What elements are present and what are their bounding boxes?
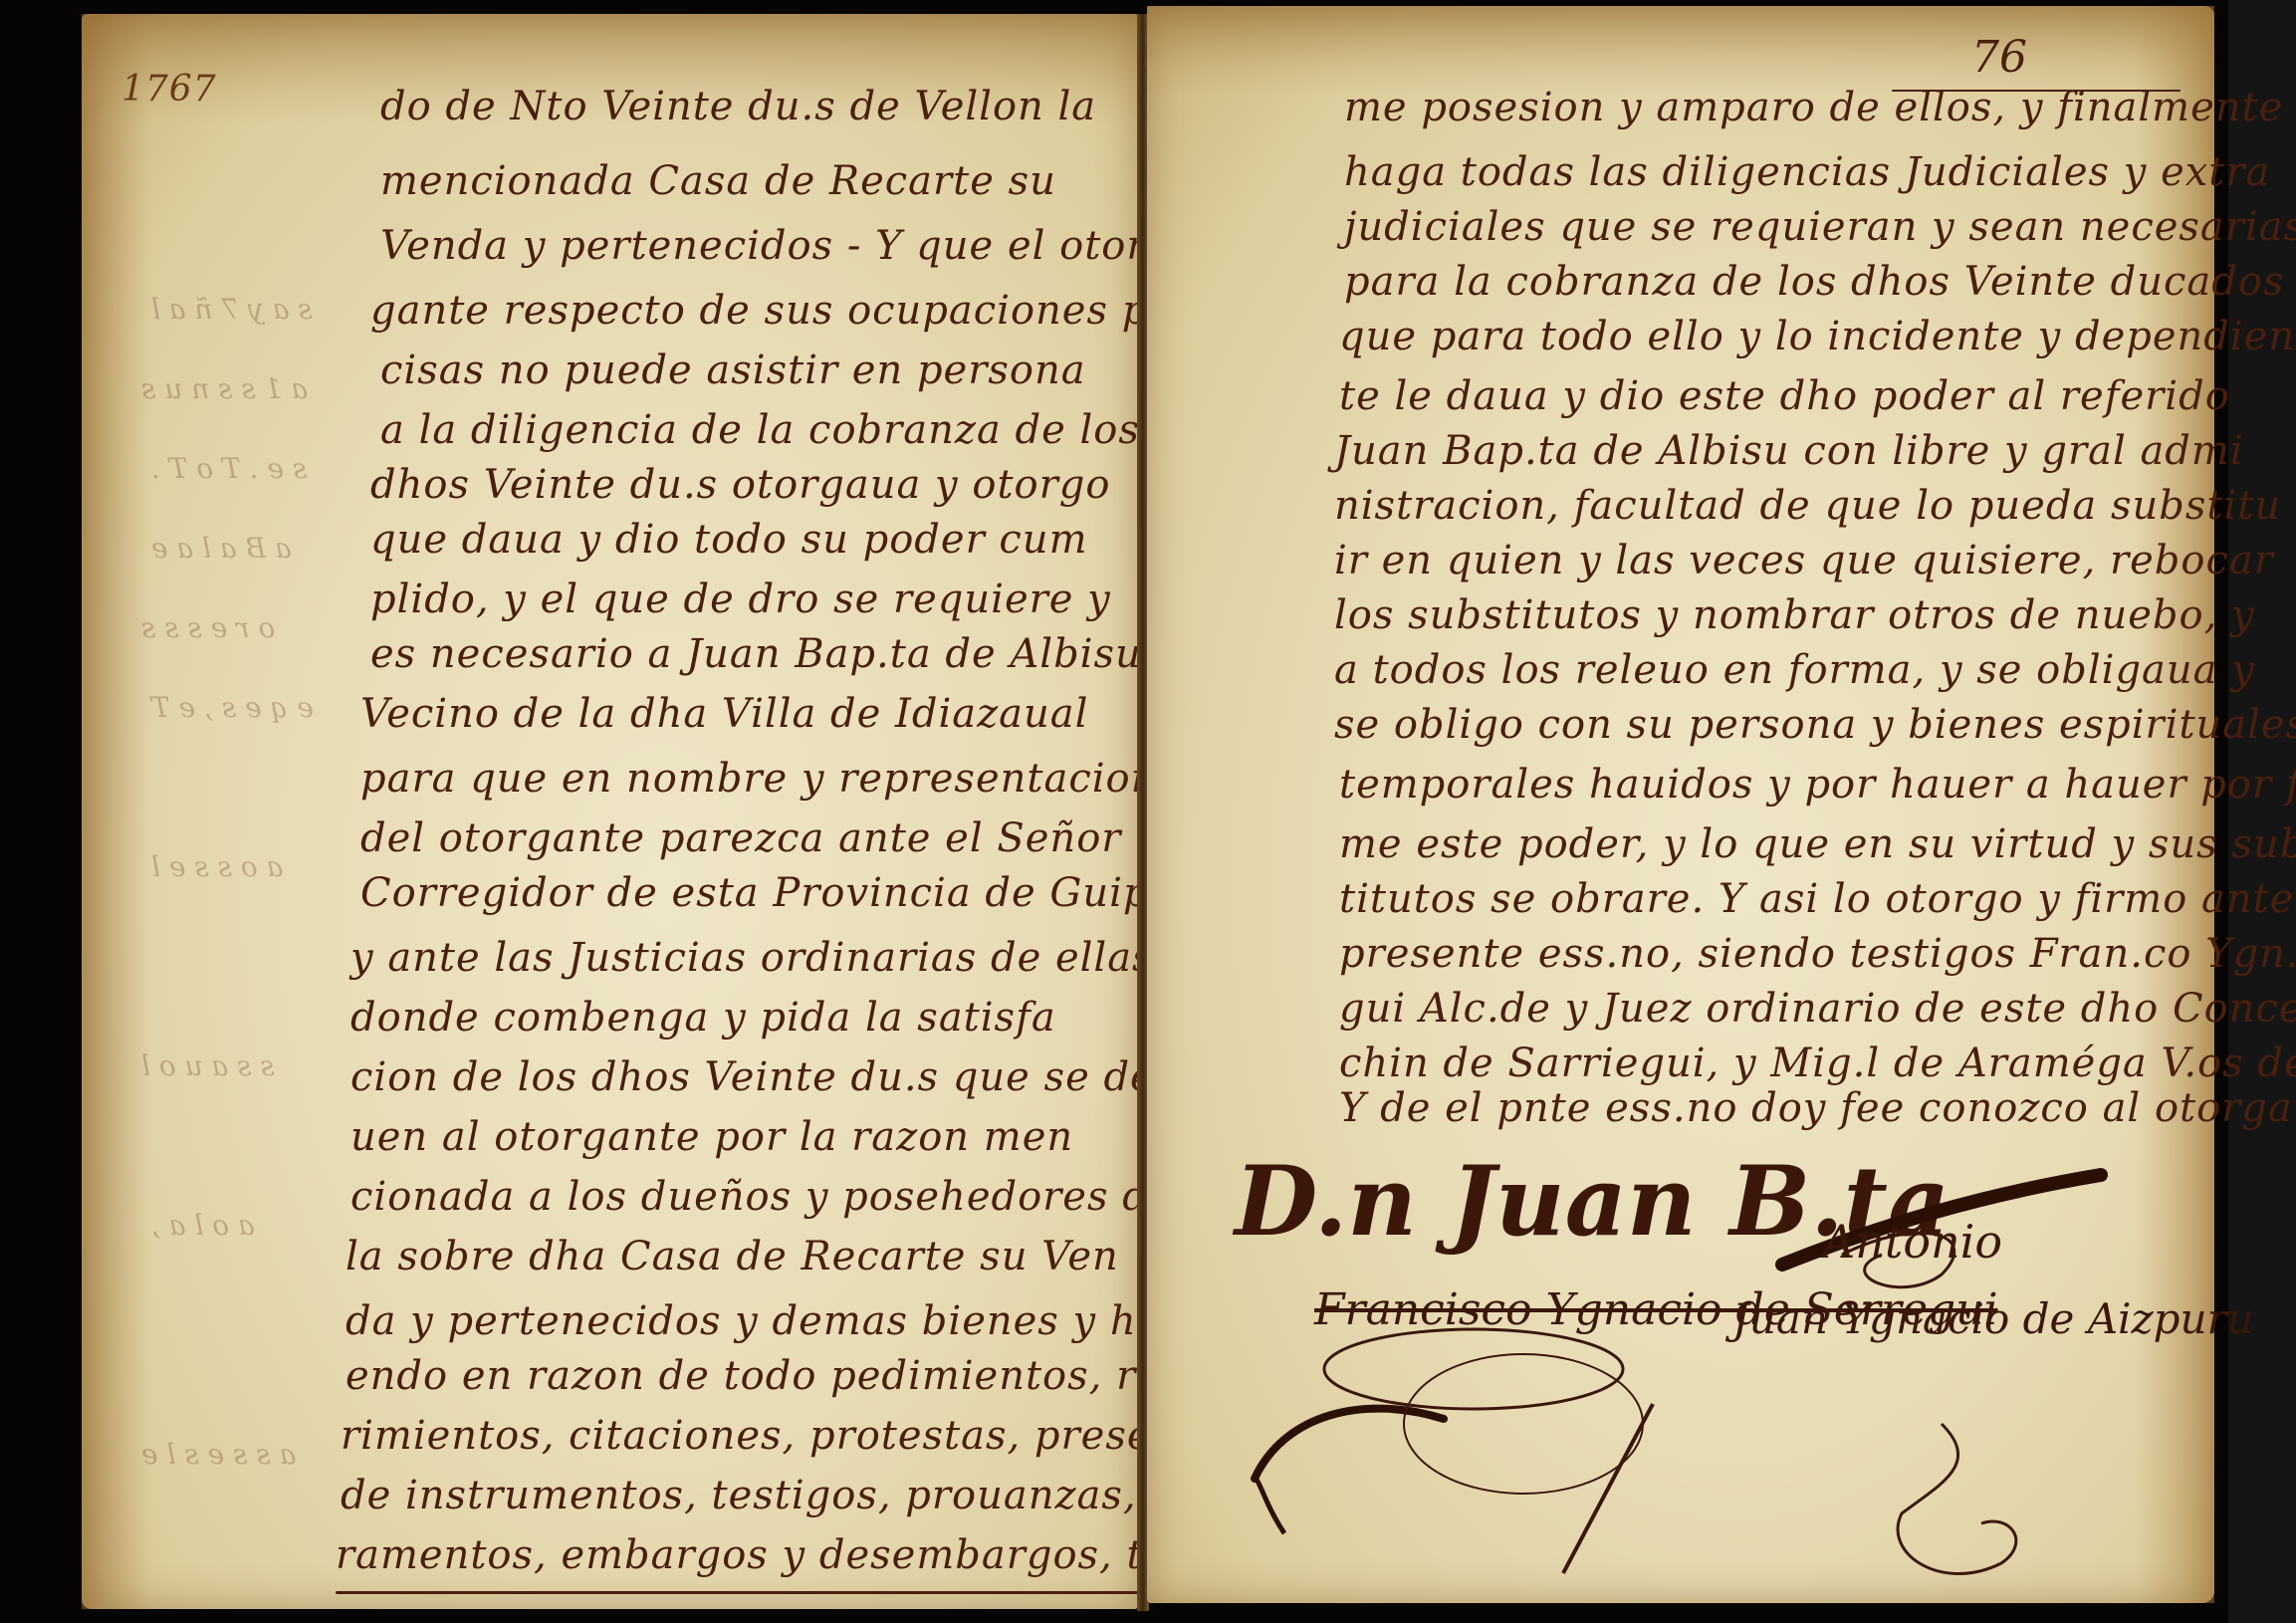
bleed-through-text: a o l a , xyxy=(151,1209,255,1242)
text-line: da y pertenecidos y demas bienes y haci xyxy=(345,1298,1199,1344)
text-line: chin de Sarriegui, y Mig.l de Araméga V.… xyxy=(1339,1041,2296,1086)
text-line: Venda y pertenecidos - Y que el otor xyxy=(380,223,1146,269)
bleed-through-text: a s s e s l e xyxy=(141,1438,296,1471)
text-line: Juan Bap.ta de Albisu con libre y gral a… xyxy=(1334,428,2244,474)
text-line: y ante las Justicias ordinarias de ellas xyxy=(350,935,1154,981)
text-line: que para todo ello y lo incidente y depe… xyxy=(1339,314,2295,359)
text-line: nistracion, facultad de que lo pueda sub… xyxy=(1334,483,2281,529)
text-line: temporales hauidos y por hauer a hauer p… xyxy=(1339,762,2296,808)
text-line: Corregidor de esta Provincia de Guip.zoa xyxy=(360,870,1235,916)
text-line: Vecino de la dha Villa de Idiazaual xyxy=(360,691,1088,737)
text-line: de instrumentos, testigos, prouanzas, Ju xyxy=(341,1473,1194,1518)
text-line: presente ess.no, siendo testigos Fran.co… xyxy=(1339,931,2296,977)
bleed-through-text: o r e s s s xyxy=(141,611,275,644)
folio-number: 76 xyxy=(1971,32,2027,83)
edge-stain xyxy=(82,14,151,1609)
closing-rule xyxy=(336,1591,1142,1594)
bleed-through-text: a B a l a e xyxy=(151,532,292,565)
bleed-through-text: a o s s e l xyxy=(151,850,283,883)
text-line: plido, y el que de dro se requiere y xyxy=(370,577,1111,622)
text-line: haga todas las diligencias Judiciales y … xyxy=(1344,149,2270,195)
signature-flourish xyxy=(1245,1135,2141,1593)
text-line: cisas no puede asistir en persona xyxy=(380,348,1086,393)
text-line: Y de el pnte ess.no doy fee conozco al o… xyxy=(1339,1085,2296,1131)
text-line: judiciales que se requieran y sean neces… xyxy=(1344,204,2296,250)
text-line: cionada a los dueños y posehedores de xyxy=(350,1174,1174,1220)
text-line: para que en nombre y representacion xyxy=(360,756,1157,802)
text-line: donde combenga y pida la satisfa xyxy=(350,995,1056,1041)
signature-notary: Juan Ygnacio de Aizpuru xyxy=(1732,1294,2254,1343)
bleed-through-text: s a y 7 ñ a l xyxy=(151,293,313,326)
text-line: me este poder, y lo que en su virtud y s… xyxy=(1339,821,2296,867)
text-line: mencionada Casa de Recarte su xyxy=(380,158,1056,204)
text-line: del otorgante parezca ante el Señor xyxy=(360,815,1121,861)
text-line: me posesion y amparo de ellos, y finalme… xyxy=(1344,85,2283,130)
text-line: a la diligencia de la cobranza de los xyxy=(380,407,1140,453)
text-line: te le daua y dio este dho poder al refer… xyxy=(1339,373,2230,419)
water-stain xyxy=(1147,6,2214,96)
text-line: para la cobranza de los dhos Veinte duca… xyxy=(1344,259,2284,305)
text-line: dhos Veinte du.s otorgaua y otorgo xyxy=(370,462,1110,508)
left-page: s a y 7 ñ a l a 1 s s n u s s e . T o T … xyxy=(82,14,1137,1609)
text-line: se obligo con su persona y bienes espiri… xyxy=(1334,702,2296,748)
bleed-through-text: s s a u o l xyxy=(141,1049,275,1082)
text-line: cion de los dhos Veinte du.s que se de xyxy=(350,1054,1155,1100)
text-line: do de Nto Veinte du.s de Vellon la xyxy=(380,84,1096,129)
text-line: ramentos, embargos y desembargos, to xyxy=(336,1532,1169,1578)
text-line: la sobre dha Casa de Recarte su Ven xyxy=(345,1234,1119,1279)
signature-witness-2: Antonio xyxy=(1822,1215,2002,1269)
text-line: uen al otorgante por la razon men xyxy=(350,1114,1073,1160)
text-line: a todos los releuo en forma, y se obliga… xyxy=(1334,647,2255,693)
margin-date: 1767 xyxy=(121,69,217,110)
text-line: los substitutos y nombrar otros de nuebo… xyxy=(1334,592,2255,638)
bleed-through-text: a 1 s s n u s xyxy=(141,372,308,405)
bleed-through-text: e q e s , e T xyxy=(151,691,314,724)
text-line: rimientos, citaciones, protestas, presen… xyxy=(341,1413,1242,1459)
text-line: es necesario a Juan Bap.ta de Albisu xyxy=(370,631,1142,677)
text-line: gante respecto de sus ocupaciones pre xyxy=(370,288,1193,334)
text-line: titutos se obrare. Y asi lo otorgo y fir… xyxy=(1339,876,2296,922)
text-line: que daua y dio todo su poder cum xyxy=(370,517,1088,563)
text-line: endo en razon de todo pedimientos, reque xyxy=(345,1353,1239,1399)
bleed-through-text: s e . T o T . xyxy=(151,452,307,485)
text-line: gui Alc.de y Juez ordinario de este dho … xyxy=(1339,986,2296,1032)
text-line: ir en quien y las veces que quisiere, re… xyxy=(1334,538,2274,583)
